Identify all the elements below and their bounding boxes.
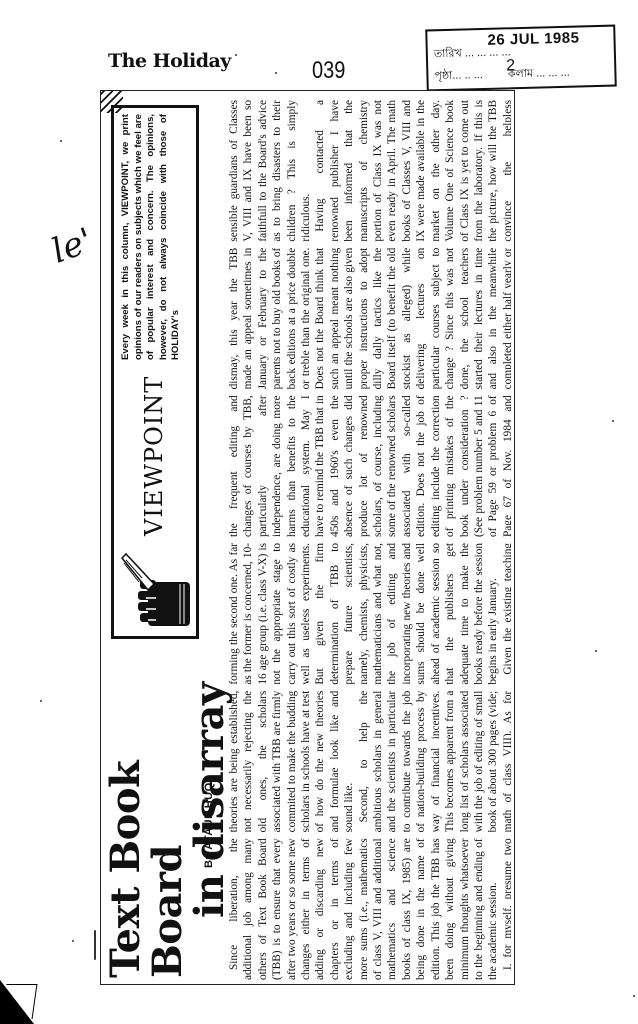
date-stamp: 26 JUL 1985 তারিখ ... ... ... ... পৃষ্ঠা… [425, 25, 617, 92]
clipping-border: Text Book Board in disarray By ATAUL HUQ [100, 90, 515, 985]
scan-speck [94, 930, 96, 960]
archive-page-number: 039 [312, 58, 345, 86]
publication-name: The Holiday [108, 50, 231, 72]
scan-speck [595, 650, 597, 652]
scan-speck [235, 54, 237, 56]
folded-corner-outline [2, 984, 38, 1019]
article-column-2: theories are being established, not nece… [227, 691, 511, 833]
scan-speck [72, 940, 74, 942]
article-column-1: Since liberation, the additional job amo… [227, 838, 511, 980]
scan-speck [633, 995, 635, 997]
article-column-6: sensible guardians of Classes V, VIII an… [227, 100, 511, 242]
article-byline: By ATAUL HUQ [203, 782, 215, 868]
scan-speck [275, 72, 277, 74]
article-column-5: dismay, this year the TBB made an appeal… [227, 248, 511, 390]
scan-speck [40, 700, 42, 702]
handwritten-mark: le' [46, 220, 98, 271]
viewpoint-banner: VIEWPOINT Every week in this column, VIE… [111, 105, 199, 639]
headline-block: Text Book Board in disarray By ATAUL HUQ [105, 643, 223, 978]
viewpoint-note: Every week in this column, VIEWPOINT, we… [120, 114, 183, 360]
stamp-page-value: 2 [506, 57, 515, 75]
article-column-4: the frequent editing and changes of cour… [227, 395, 511, 537]
scan-speck [60, 140, 62, 142]
stamp-date-label: তারিখ ... ... ... ... [434, 43, 511, 64]
scan-speck [612, 420, 614, 422]
newspaper-clipping: Text Book Board in disarray By ATAUL HUQ [100, 90, 515, 985]
article-body: Since liberation, the additional job amo… [227, 100, 511, 980]
viewpoint-title: VIEWPOINT [140, 376, 168, 536]
stamp-page-label: পৃষ্ঠা... .. ... কলাম ... ... ... [434, 64, 570, 87]
article-column-3: forming the second one. As far as the fo… [227, 543, 511, 685]
fist-holding-pen-icon [118, 550, 194, 630]
